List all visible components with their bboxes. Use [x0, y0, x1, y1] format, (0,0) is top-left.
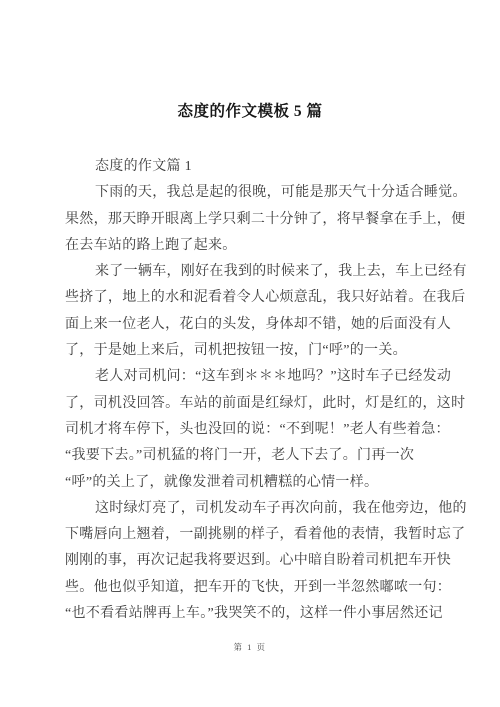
- text-line: 来了一辆车，刚好在我到的时候来了，我上去，车上已经有: [65, 259, 470, 285]
- text-line: 下嘴唇向上翘着，一副挑剔的样子，看着他的表情，我暂时忘了: [65, 522, 470, 548]
- page-number: 第 1 页: [0, 641, 500, 653]
- document-page: 态度的作文模板 5 篇 态度的作文篇 1下雨的天，我总是起的很晚，可能是那天气十…: [0, 0, 500, 707]
- paragraph: 来了一辆车，刚好在我到的时候来了，我上去，车上已经有些挤了，地上的水和泥看着令人…: [65, 259, 470, 364]
- text-line: 了，司机没回答。车站的前面是红绿灯，此时，灯是红的，这时: [65, 391, 470, 417]
- text-line: “也不看看站牌再上车。”我哭笑不的，这样一件小事居然还记: [65, 601, 470, 627]
- text-line: 老人对司机问：“这车到＊＊＊地吗？”这时车子已经发动: [65, 364, 470, 390]
- text-line: 些。他也似乎知道，把车开的飞快，开到一半忽然嘟哝一句：: [65, 575, 470, 601]
- paragraph: 下雨的天，我总是起的很晚，可能是那天气十分适合睡觉。果然，那天睁开眼离上学只剩二…: [65, 180, 470, 259]
- text-line: 果然，那天睁开眼离上学只剩二十分钟了，将早餐拿在手上，便: [65, 207, 470, 233]
- text-line: 刚刚的事，再次记起我将要迟到。心中暗自盼着司机把车开快: [65, 548, 470, 574]
- text-line: 下雨的天，我总是起的很晚，可能是那天气十分适合睡觉。: [65, 180, 470, 206]
- paragraph: 老人对司机问：“这车到＊＊＊地吗？”这时车子已经发动了，司机没回答。车站的前面是…: [65, 364, 470, 495]
- text-line: 了，于是她上来后，司机把按钮一按，门“呼”的一关。: [65, 338, 470, 364]
- text-line: “呼”的关上了，就像发泄着司机糟糕的心情一样。: [65, 470, 470, 496]
- text-line: 面上来一位老人，花白的头发，身体却不错，她的后面没有人: [65, 312, 470, 338]
- page-title: 态度的作文模板 5 篇: [0, 99, 500, 121]
- text-line: 在去车站的路上跑了起来。: [65, 233, 470, 259]
- text-line: 司机才将车停下，头也没回的说：“不到呢！”老人有些着急：: [65, 417, 470, 443]
- paragraph: 这时绿灯亮了，司机发动车子再次向前，我在他旁边，他的下嘴唇向上翘着，一副挑剔的样…: [65, 496, 470, 627]
- text-line: 这时绿灯亮了，司机发动车子再次向前，我在他旁边，他的: [65, 496, 470, 522]
- text-line: “我要下去。”司机猛的将门一开，老人下去了。门再一次: [65, 443, 470, 469]
- section-heading: 态度的作文篇 1: [65, 154, 470, 180]
- text-line: 态度的作文篇 1: [65, 154, 470, 180]
- content-area: 态度的作文篇 1下雨的天，我总是起的很晚，可能是那天气十分适合睡觉。果然，那天睁…: [65, 154, 470, 627]
- text-line: 些挤了，地上的水和泥看着令人心烦意乱，我只好站着。在我后: [65, 285, 470, 311]
